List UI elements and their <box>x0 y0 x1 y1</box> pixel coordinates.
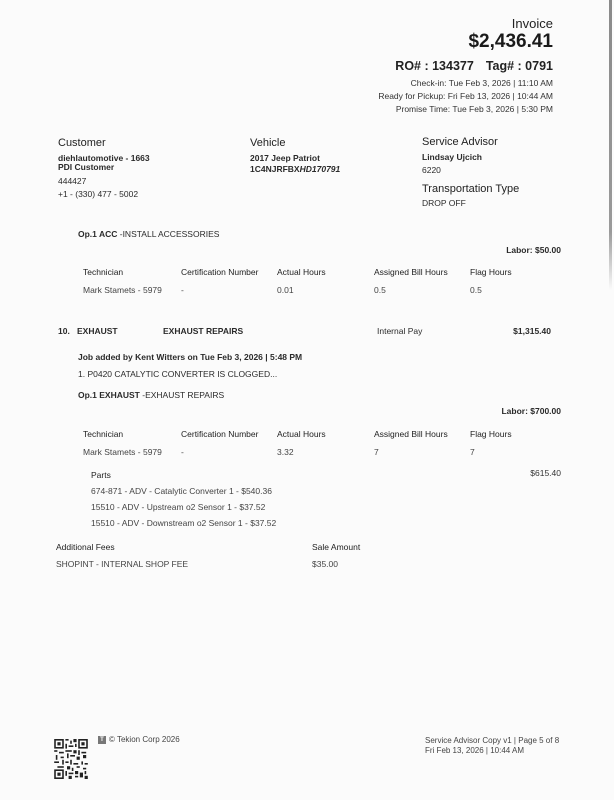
op-exhaust-line: Op.1 EXHAUST -EXHAUST REPAIRS <box>78 390 224 400</box>
parts-title: Parts <box>91 470 111 480</box>
parts-total: $615.40 <box>530 468 561 478</box>
cell-actual-hours: 0.01 <box>277 285 294 295</box>
service-advisor-title: Service Advisor <box>422 136 498 148</box>
scan-edge <box>609 0 612 290</box>
col-technician: Technician <box>83 267 123 277</box>
cell-certification: - <box>181 447 184 457</box>
customer-title: Customer <box>58 137 106 149</box>
job-code: EXHAUST <box>77 326 118 336</box>
ready-for-pickup-time: Ready for Pickup: Fri Feb 13, 2026 | 10:… <box>378 91 553 101</box>
job-description: EXHAUST REPAIRS <box>163 326 243 336</box>
cell-actual-hours: 3.32 <box>277 447 294 457</box>
job-concern: 1. P0420 CATALYTIC CONVERTER IS CLOGGED.… <box>78 369 277 379</box>
part-item: 15510 - ADV - Downstream o2 Sensor 1 - $… <box>91 518 276 528</box>
vin-prefix: 1C4NJRFBX <box>250 164 300 174</box>
customer-phone: +1 - (330) 477 - 5002 <box>58 189 138 199</box>
op-acc-labor: Labor: $50.00 <box>506 245 561 255</box>
job-number: 10. <box>58 326 70 336</box>
promise-time: Promise Time: Tue Feb 3, 2026 | 5:30 PM <box>396 104 553 114</box>
part-item: 674-871 - ADV - Catalytic Converter 1 - … <box>91 486 272 496</box>
vehicle-title: Vehicle <box>250 137 285 149</box>
copy-info: Service Advisor Copy v1 | Page 5 of 8 <box>425 736 559 745</box>
tekion-logo-icon: T <box>98 736 106 744</box>
qr-code <box>54 739 88 779</box>
transportation-title: Transportation Type <box>422 183 519 195</box>
job-amount: $1,315.40 <box>513 326 551 336</box>
cell-technician: Mark Stamets - 5979 <box>83 447 162 457</box>
cell-flag-hours: 7 <box>470 447 475 457</box>
fee-amount: $35.00 <box>312 559 338 569</box>
invoice-total: $2,436.41 <box>468 31 553 53</box>
op-description: -INSTALL ACCESSORIES <box>120 229 220 239</box>
copyright: T© Tekion Corp 2026 <box>98 735 180 744</box>
copyright-text: © Tekion Corp 2026 <box>109 735 180 744</box>
col-technician: Technician <box>83 429 123 439</box>
job-pay-type: Internal Pay <box>377 326 422 336</box>
ro-tag-line: RO# : 134377Tag# : 0791 <box>395 59 553 73</box>
cell-certification: - <box>181 285 184 295</box>
cell-assigned-bill-hours: 7 <box>374 447 379 457</box>
customer-id: 444427 <box>58 176 86 186</box>
part-item: 15510 - ADV - Upstream o2 Sensor 1 - $37… <box>91 502 265 512</box>
op-description: -EXHAUST REPAIRS <box>142 390 224 400</box>
fees-title: Additional Fees <box>56 542 115 552</box>
tag-number: Tag# : 0791 <box>486 59 553 73</box>
cell-flag-hours: 0.5 <box>470 285 482 295</box>
op-acc-line: Op.1 ACC -INSTALL ACCESSORIES <box>78 229 219 239</box>
col-certification: Certification Number <box>181 267 258 277</box>
vehicle-description: 2017 Jeep Patriot <box>250 153 320 163</box>
document-type-label: Invoice <box>512 16 553 31</box>
ro-number: RO# : 134377 <box>395 59 474 73</box>
service-advisor-id: 6220 <box>422 165 441 175</box>
fees-amount-header: Sale Amount <box>312 542 360 552</box>
col-flag-hours: Flag Hours <box>470 267 512 277</box>
col-assigned-bill-hours: Assigned Bill Hours <box>374 429 448 439</box>
cell-assigned-bill-hours: 0.5 <box>374 285 386 295</box>
service-advisor-name: Lindsay Ujcich <box>422 152 482 162</box>
col-assigned-bill-hours: Assigned Bill Hours <box>374 267 448 277</box>
vin-suffix: HD170791 <box>300 164 341 174</box>
transportation-value: DROP OFF <box>422 198 466 208</box>
col-certification: Certification Number <box>181 429 258 439</box>
col-actual-hours: Actual Hours <box>277 429 326 439</box>
customer-type: PDI Customer <box>58 162 114 172</box>
job-added-by: Job added by Kent Witters on Tue Feb 3, … <box>78 352 302 362</box>
check-in-time: Check-in: Tue Feb 3, 2026 | 11:10 AM <box>411 78 553 88</box>
col-actual-hours: Actual Hours <box>277 267 326 277</box>
op-exhaust-labor: Labor: $700.00 <box>501 406 561 416</box>
col-flag-hours: Flag Hours <box>470 429 512 439</box>
op-code: Op.1 EXHAUST <box>78 390 140 400</box>
op-code: Op.1 ACC <box>78 229 117 239</box>
printed-date: Fri Feb 13, 2026 | 10:44 AM <box>425 746 524 755</box>
fee-name: SHOPINT - INTERNAL SHOP FEE <box>56 559 188 569</box>
vehicle-vin: 1C4NJRFBXHD170791 <box>250 164 340 174</box>
cell-technician: Mark Stamets - 5979 <box>83 285 162 295</box>
